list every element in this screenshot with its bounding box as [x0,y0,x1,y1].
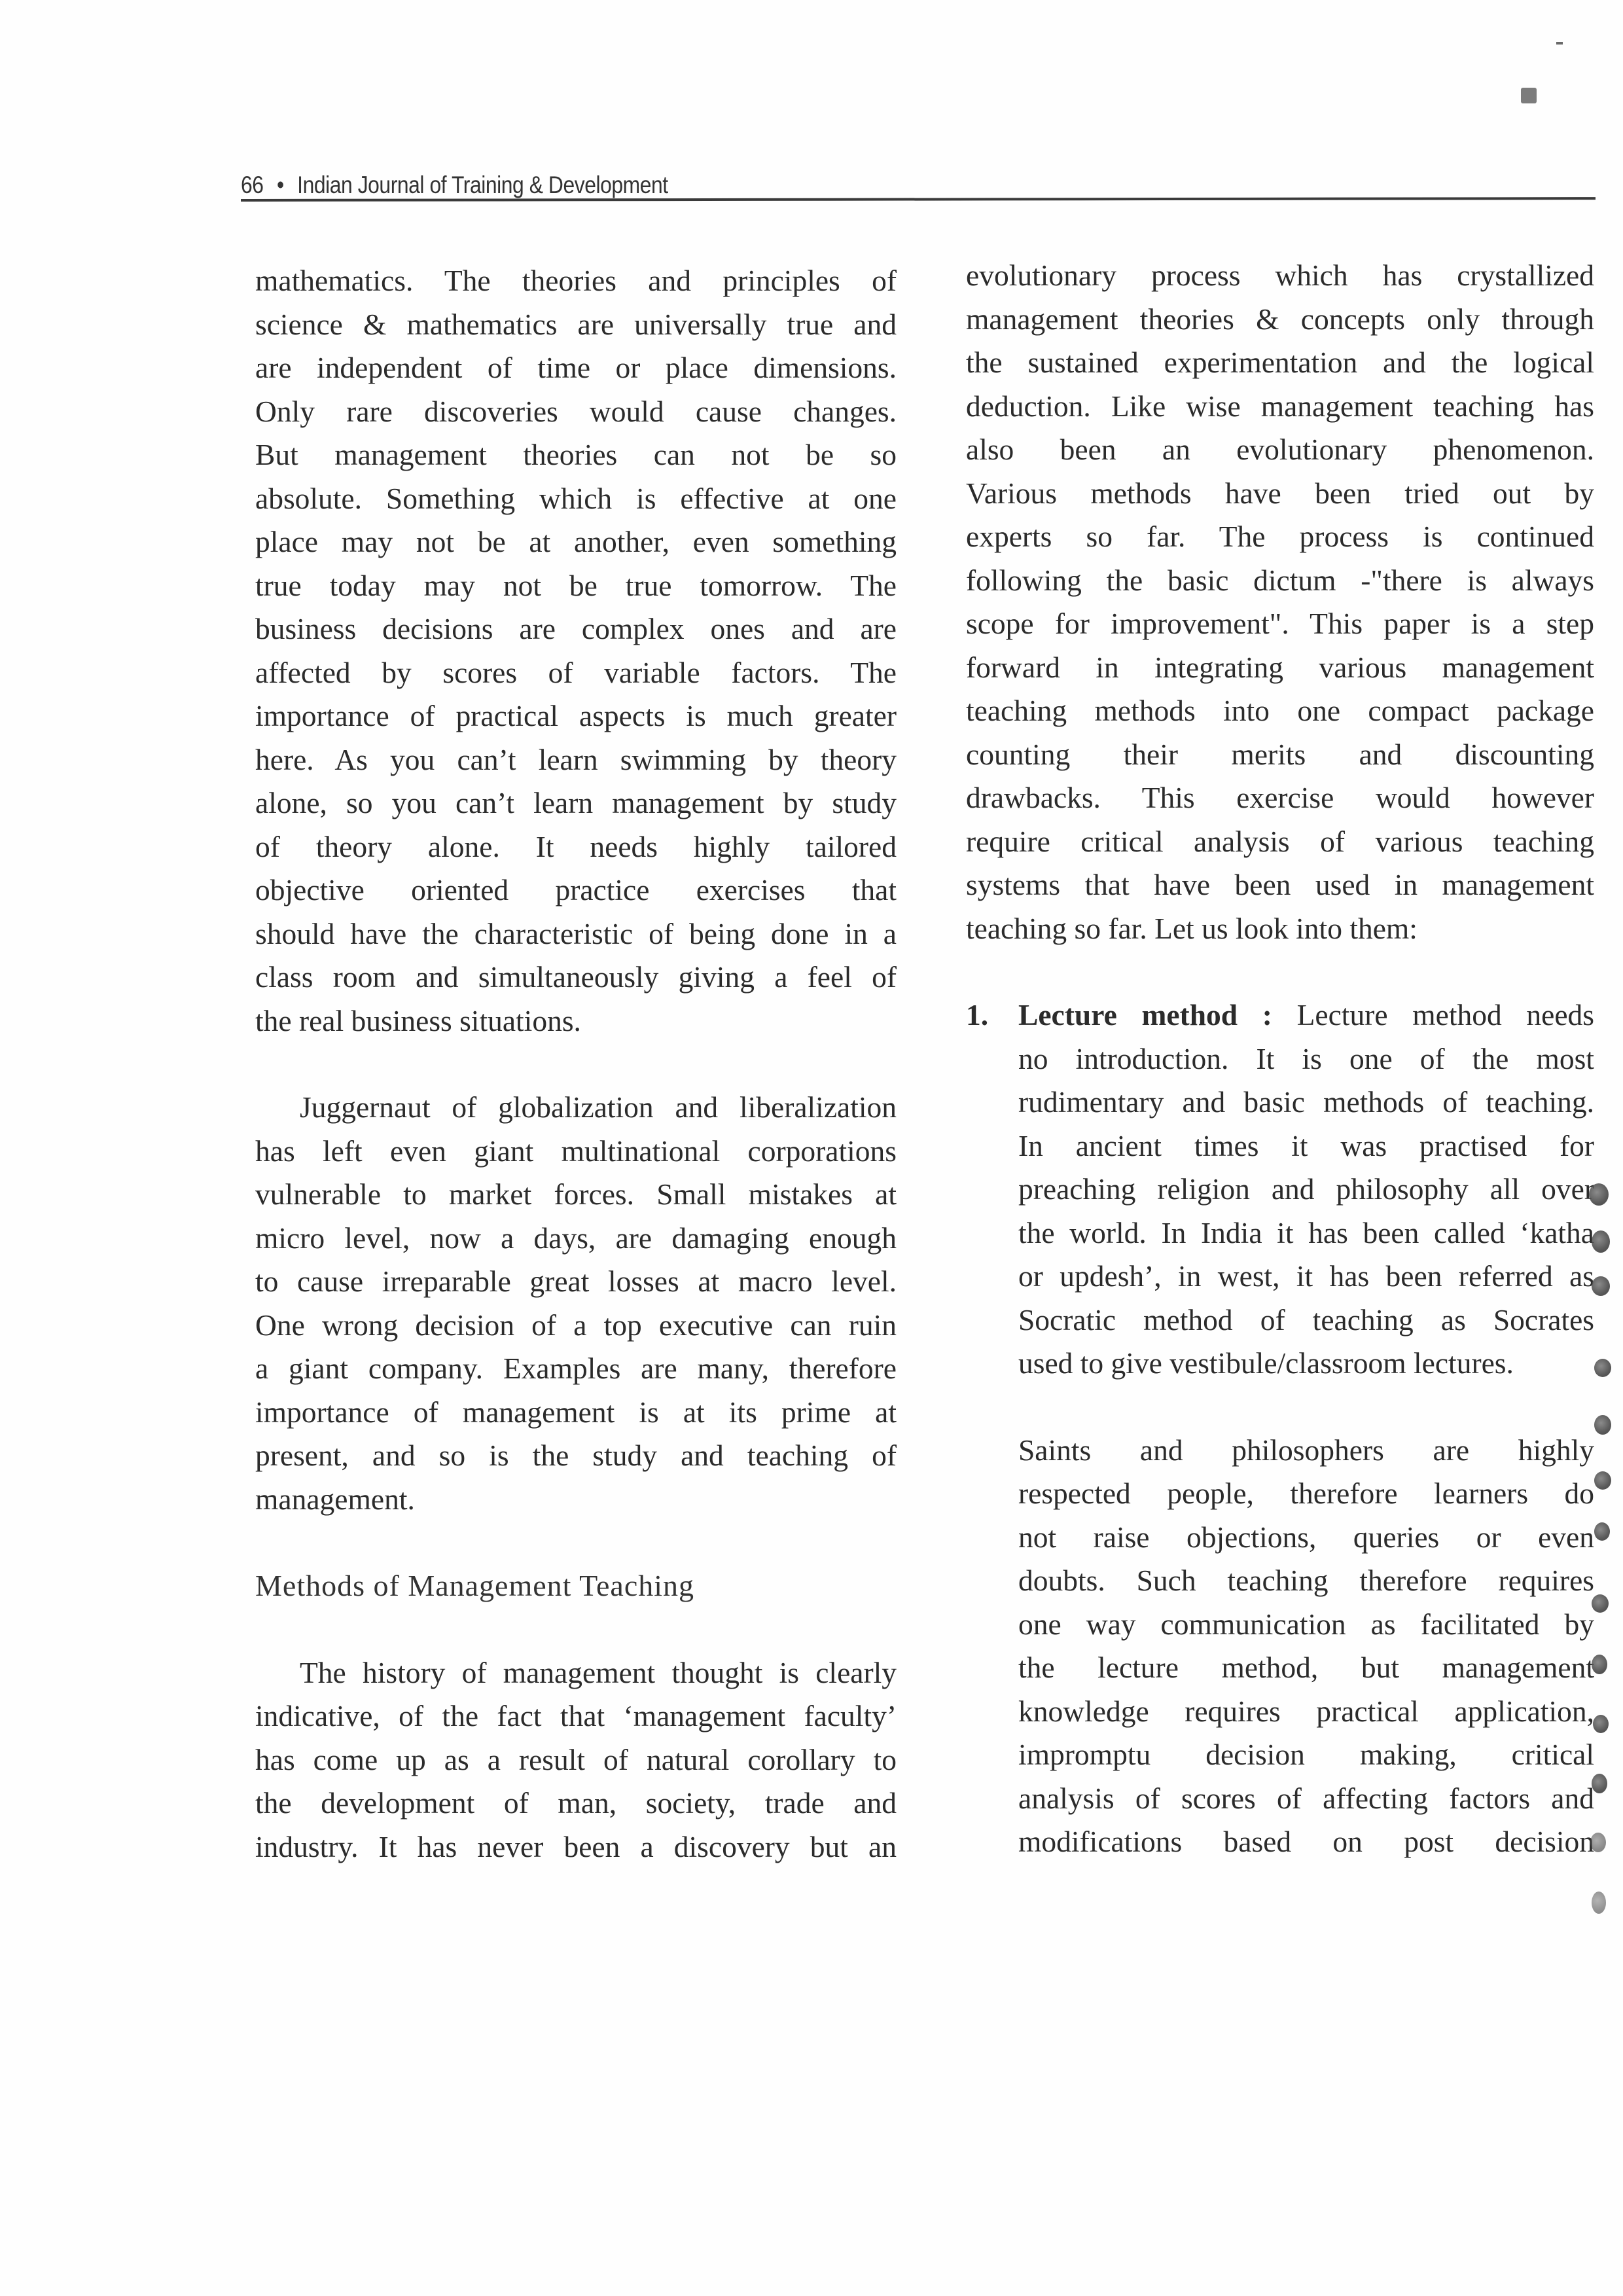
text-line: one way communication as facilitated by [1018,1603,1594,1647]
text-line: present, and so is the study and teachin… [255,1434,897,1478]
binder-hole-mark [1594,1471,1611,1490]
text-line: management. [255,1478,897,1522]
paragraph-history: The history of management thought is cle… [255,1651,897,1869]
text-line: science & mathematics are universally tr… [255,303,897,347]
text-line: objective oriented practice exercises th… [255,869,897,912]
text-line: also been an evolutionary phenomenon. [966,428,1594,472]
text-line: Saints and philosophers are highly [1018,1429,1594,1473]
text-line: management theories & concepts only thro… [966,298,1594,342]
binder-hole-mark [1593,1715,1609,1733]
paragraph-spacer [255,1521,897,1564]
binder-hole-mark [1592,1276,1610,1296]
binder-hole-mark [1592,1230,1610,1253]
text-line: teaching so far. Let us look into them: [966,907,1594,951]
text-line: importance of management is at its prime… [255,1391,897,1435]
text-line: Lecture method : Lecture method needs [1018,994,1594,1037]
text-line: counting their merits and discounting [966,733,1594,777]
text-line: are independent of time or place dimensi… [255,346,897,390]
text-line: evolutionary process which has crystalli… [966,254,1594,298]
text-line: used to give vestibule/classroom lecture… [1018,1342,1594,1386]
running-header: 66 • Indian Journal of Training & Develo… [241,171,668,199]
text-line: the lecture method, but management [1018,1646,1594,1690]
list-number: 1. [966,994,988,1037]
left-column: mathematics. The theories and principles… [255,259,897,1869]
paragraph-spacer [1018,1386,1594,1429]
binder-hole-mark [1592,1892,1606,1914]
journal-title: Indian Journal of Training & Development [297,171,668,198]
text-line: Socratic method of teaching as Socrates [1018,1299,1594,1342]
text-line: indicative, of the fact that ‘management… [255,1695,897,1738]
text-line: experts so far. The process is continued [966,515,1594,559]
binder-hole-mark [1592,1655,1607,1674]
text-line: systems that have been used in managemen… [966,863,1594,907]
text-line: rudimentary and basic methods of teachin… [1018,1081,1594,1124]
text-line: alone, so you can’t learn management by … [255,781,897,825]
paragraph-spacer [966,950,1594,994]
text-line: to cause irreparable great losses at mac… [255,1260,897,1304]
text-line: mathematics. The theories and principles… [255,259,897,303]
text-line: affected by scores of variable factors. … [255,651,897,695]
text-line: But management theories can not be so [255,433,897,477]
binder-hole-mark [1592,1774,1607,1793]
section-heading: Methods of Management Teaching [255,1564,897,1608]
text-line: respected people, therefore learners do [1018,1472,1594,1516]
text-line: no introduction. It is one of the most [1018,1037,1594,1081]
text-line: of theory alone. It needs highly tailore… [255,825,897,869]
scanned-journal-page: 66 • Indian Journal of Training & Develo… [0,0,1623,2296]
text-line: absolute. Something which is effective a… [255,477,897,521]
list-item-title: Lecture method : [1018,998,1272,1031]
text-line: has come up as a result of natural corol… [255,1738,897,1782]
text-line: should have the characteristic of being … [255,912,897,956]
text-line: a giant company. Examples are many, ther… [255,1347,897,1391]
text-line: knowledge requires practical application… [1018,1690,1594,1734]
binder-hole-mark [1589,1183,1609,1206]
text-line: vulnerable to market forces. Small mista… [255,1173,897,1217]
scan-speck [1556,42,1563,45]
text-line: place may not be at another, even someth… [255,520,897,564]
text-line: forward in integrating various managemen… [966,646,1594,690]
text-line: industry. It has never been a discovery … [255,1825,897,1869]
text-line: Various methods have been tried out by [966,472,1594,516]
paragraph-evolution: evolutionary process which has crystalli… [966,254,1594,950]
text-line: Only rare discoveries would cause change… [255,390,897,434]
right-column: evolutionary process which has crystalli… [966,254,1594,1864]
text-line: impromptu decision making, critical [1018,1733,1594,1777]
paragraph-continued: mathematics. The theories and principles… [255,259,897,1043]
bullet-separator-icon: • [277,171,284,198]
binder-hole-mark [1592,1594,1609,1613]
text-line: business decisions are complex ones and … [255,607,897,651]
text-line: doubts. Such teaching therefore requires [1018,1559,1594,1603]
text-line: require critical analysis of various tea… [966,820,1594,864]
paragraph-spacer [255,1608,897,1651]
text-line: scope for improvement". This paper is a … [966,602,1594,646]
text-line: teaching methods into one compact packag… [966,689,1594,733]
text-line: preaching religion and philosophy all ov… [1018,1168,1594,1211]
text-line: deduction. Like wise management teaching… [966,385,1594,429]
text-line: analysis of scores of affecting factors … [1018,1777,1594,1821]
text-line: the development of man, society, trade a… [255,1782,897,1825]
text-line: Juggernaut of globalization and liberali… [255,1086,897,1130]
text-line: following the basic dictum -"there is al… [966,559,1594,603]
text-line: true today may not be true tomorrow. The [255,564,897,608]
text-line: here. As you can’t learn swimming by the… [255,738,897,782]
text-line: In ancient times it was practised for [1018,1124,1594,1168]
text-line: importance of practical aspects is much … [255,694,897,738]
page-number: 66 [241,171,264,198]
text-line: not raise objections, queries or even [1018,1516,1594,1560]
paragraph-globalization: Juggernaut of globalization and liberali… [255,1086,897,1521]
text-line: One wrong decision of a top executive ca… [255,1304,897,1348]
text-line: The history of management thought is cle… [255,1651,897,1695]
text-line: class room and simultaneously giving a f… [255,956,897,999]
list-item-first-line: Lecture method needs [1297,998,1594,1031]
text-line: the sustained experimentation and the lo… [966,341,1594,385]
text-line: the world. In India it has been called ‘… [1018,1211,1594,1255]
binder-hole-mark [1590,1833,1606,1852]
text-line: modifications based on post decision [1018,1820,1594,1864]
text-line: the real business situations. [255,999,897,1043]
scan-speck [1521,88,1537,103]
text-line: has left even giant multinational corpor… [255,1130,897,1174]
text-line: micro level, now a days, are damaging en… [255,1217,897,1261]
text-line: drawbacks. This exercise would however [966,776,1594,820]
binder-hole-mark [1594,1415,1611,1435]
text-line: or updesh’, in west, it has been referre… [1018,1255,1594,1299]
paragraph-spacer [255,1043,897,1086]
list-item-lecture-method: 1. Lecture method : Lecture method needs… [966,994,1594,1864]
binder-hole-mark [1594,1522,1610,1541]
binder-hole-mark [1594,1359,1611,1377]
